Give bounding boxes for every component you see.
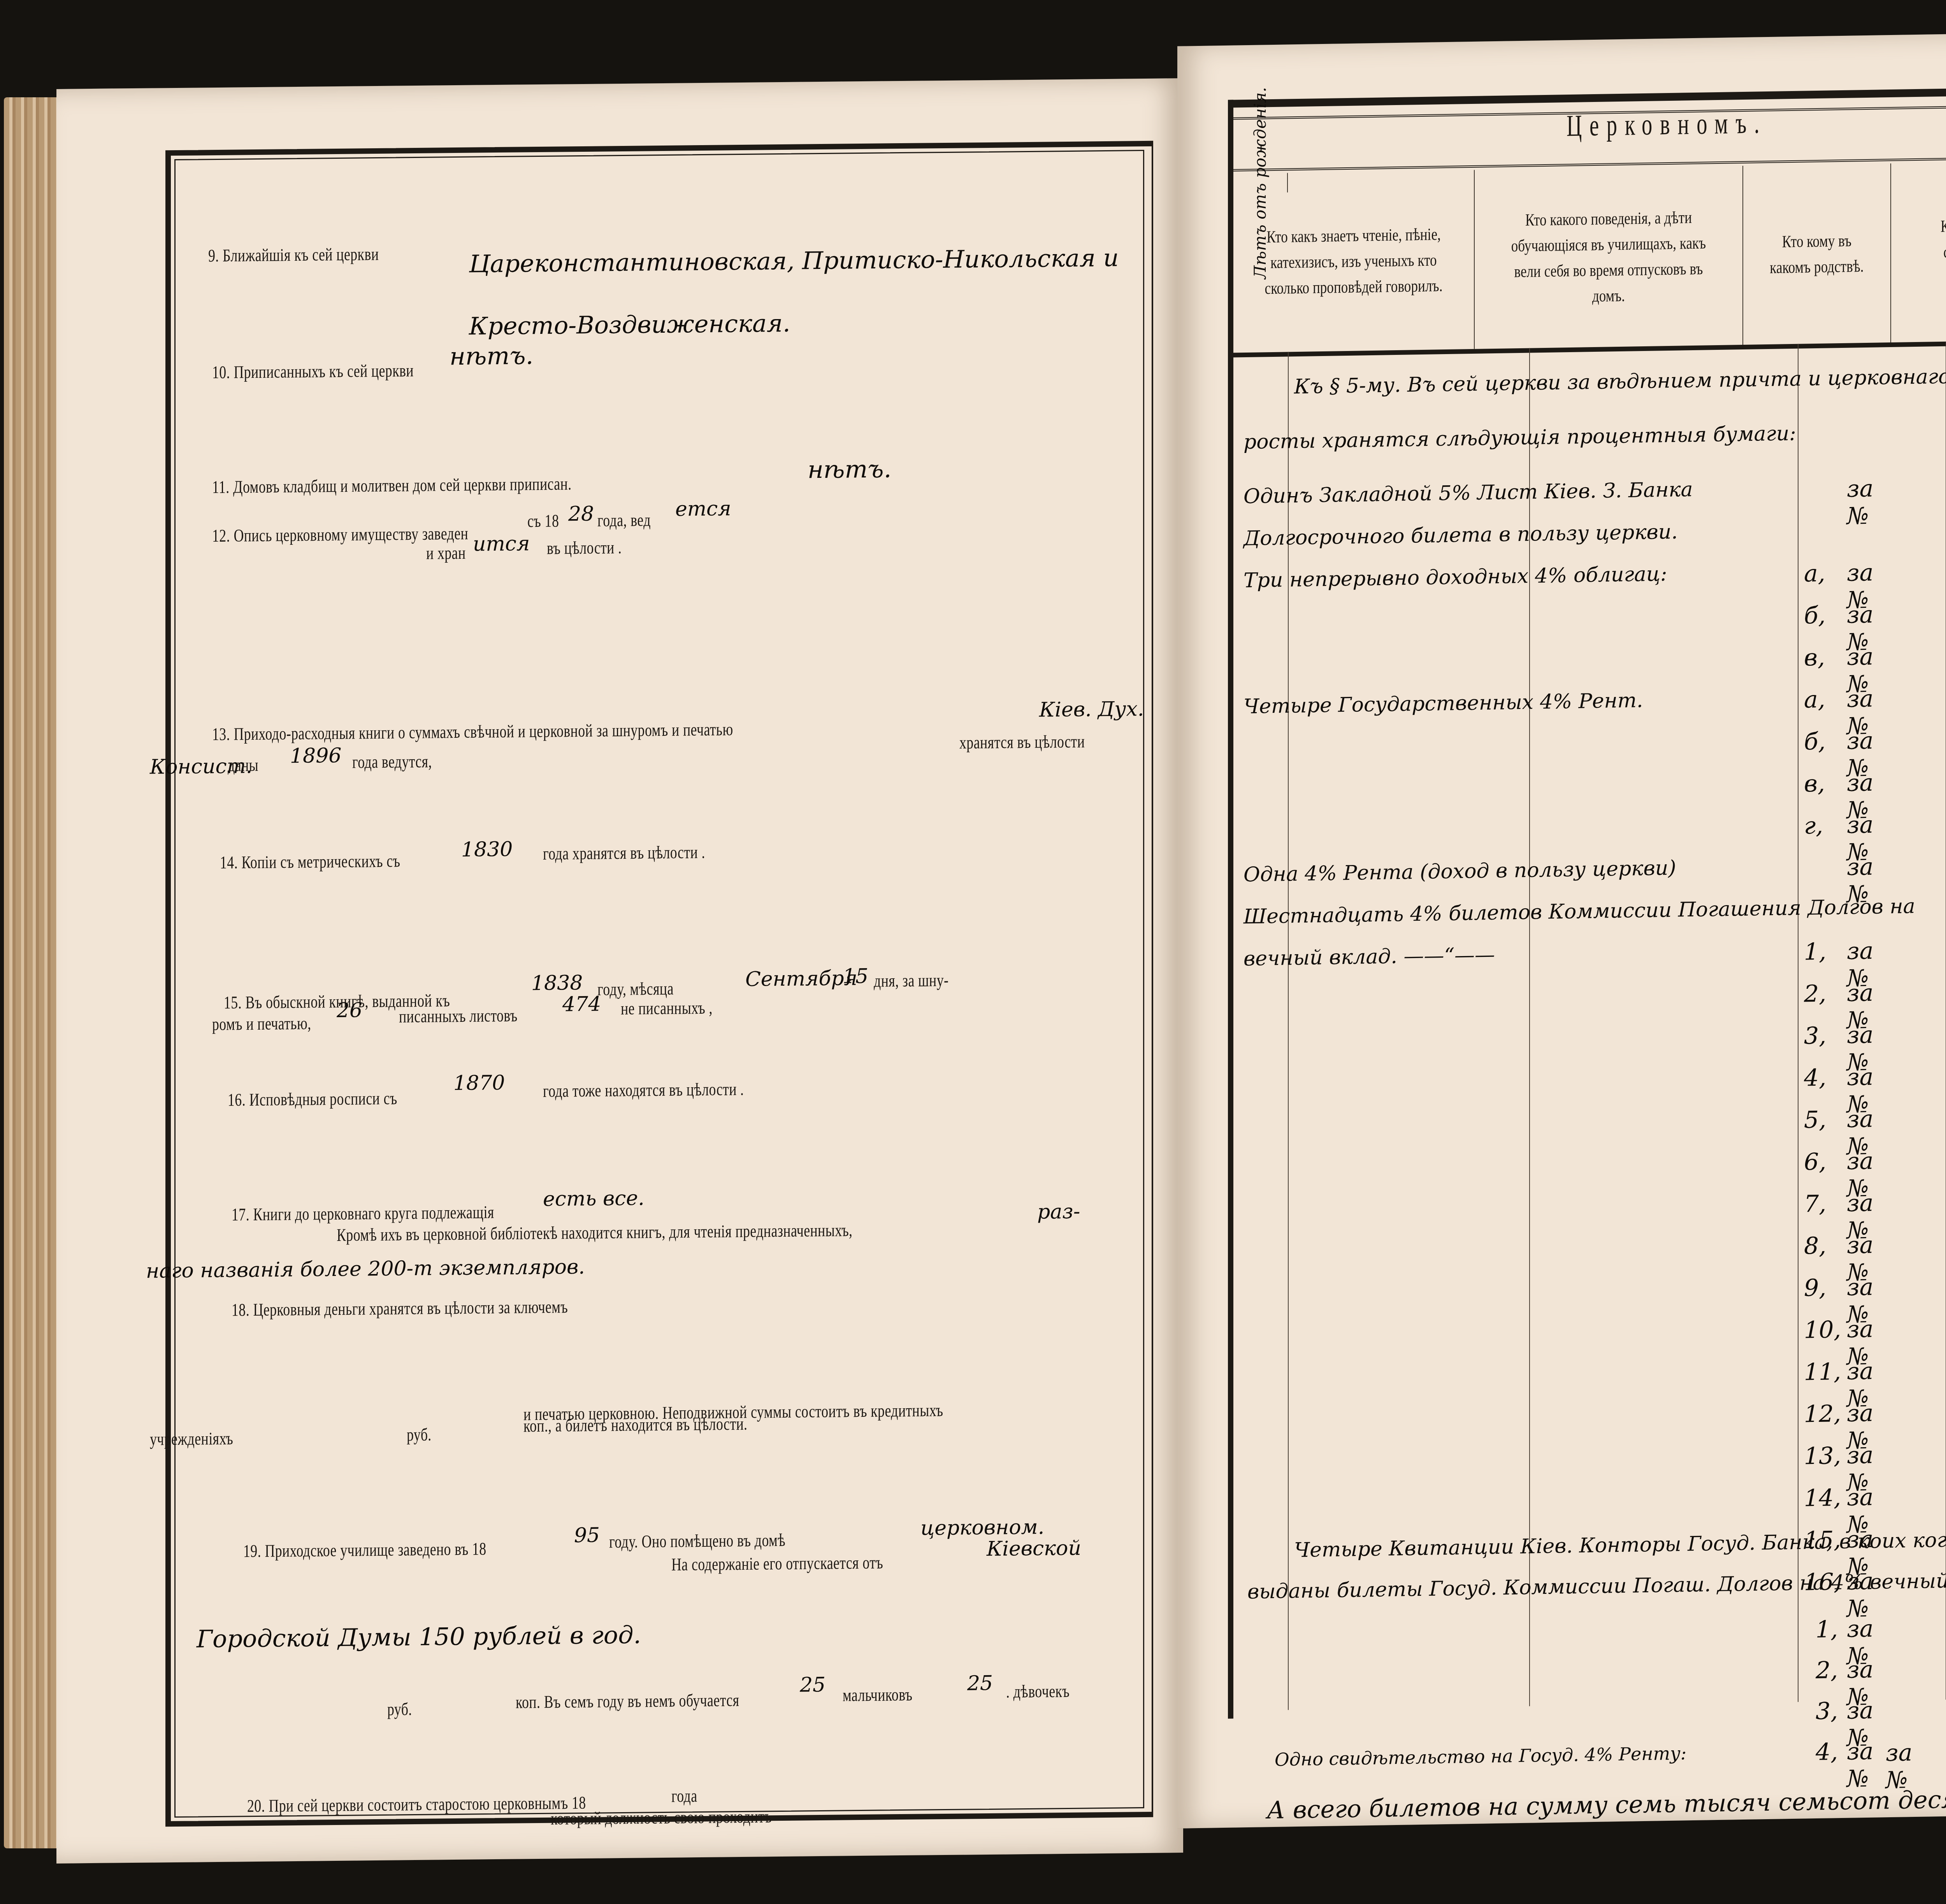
item-12-printed-c: года, вед bbox=[597, 509, 651, 530]
page-title: Церковномъ. bbox=[1567, 105, 1767, 143]
column-divider bbox=[1798, 344, 1798, 1702]
security-index: 5, bbox=[1804, 1106, 1826, 1134]
item-19-printed-f: мальчиковъ bbox=[843, 1684, 913, 1706]
receipt-index: 4, bbox=[1816, 1738, 1838, 1766]
item-15-year: 1838 bbox=[531, 971, 583, 995]
item-10-printed: 10. Приписанныхъ къ сей церкви bbox=[212, 360, 414, 383]
item-15-printed-b: году, мѣсяца bbox=[597, 978, 674, 1000]
item-12-printed-b: съ 18 bbox=[527, 510, 559, 531]
receipt-index: 3, bbox=[1816, 1697, 1838, 1725]
item-18-printed-c: учрежденіяхъ bbox=[150, 1428, 233, 1449]
security-index: б, bbox=[1804, 728, 1826, 756]
item-13-printed-d: хранятся въ цѣлости bbox=[959, 731, 1085, 753]
item-15-printed-d: ромъ и печатью, bbox=[212, 1013, 311, 1034]
item-15-printed-f: не писанныхъ , bbox=[621, 997, 713, 1019]
security-no-label: за № bbox=[1847, 475, 1874, 530]
certificate-desc: Одно свидѣтельство на Госуд. 4% Ренту: bbox=[1275, 1743, 1686, 1770]
header-behavior: Кто какого поведенія, а дѣти обучающіяся… bbox=[1475, 166, 1743, 349]
column-divider bbox=[1529, 348, 1530, 1706]
security-index: 2, bbox=[1804, 980, 1826, 1008]
item-20-printed-c: который должность свою проходитъ bbox=[551, 1806, 772, 1829]
column-divider bbox=[1288, 352, 1289, 1710]
security-index: 10, bbox=[1804, 1316, 1841, 1344]
item-18-printed-a: 18. Церковныя деньги хранятся въ цѣлости… bbox=[232, 1296, 568, 1320]
receipt-no-label: за № bbox=[1847, 1738, 1874, 1793]
item-12-printed-e: въ цѣлости . bbox=[547, 537, 622, 558]
item-13-year: 1896 bbox=[290, 744, 341, 768]
item-18-printed-e: коп., а билетъ находится въ цѣлости. bbox=[523, 1413, 747, 1436]
receipt-index: 1, bbox=[1816, 1616, 1838, 1643]
item-14-printed-b: года хранятся въ цѣлости . bbox=[543, 842, 705, 864]
table-header: Лѣтъ отъ рожденія. Кто какъ знаетъ чтені… bbox=[1233, 158, 1946, 358]
security-index: г, bbox=[1804, 812, 1823, 840]
receipt-index: 2, bbox=[1816, 1657, 1838, 1684]
item-10-handwritten: нѣтъ. bbox=[450, 341, 533, 370]
item-19-printed-b: году. Оно помѣщено въ домѣ bbox=[609, 1530, 785, 1552]
item-17-hw-a: есть все. bbox=[543, 1186, 645, 1211]
security-index: 1, bbox=[1804, 938, 1826, 966]
item-15-written-sheets: 26 bbox=[337, 999, 362, 1022]
item-16-year: 1870 bbox=[453, 1071, 505, 1095]
security-index: б, bbox=[1804, 602, 1826, 630]
security-index: 6, bbox=[1804, 1148, 1826, 1176]
security-index: в, bbox=[1804, 644, 1825, 672]
item-17-hw-b: раз- bbox=[1037, 1200, 1080, 1224]
item-15-day: 15 bbox=[843, 965, 868, 988]
security-index: 4, bbox=[1804, 1064, 1826, 1092]
item-11-handwritten: нѣтъ. bbox=[808, 455, 891, 484]
item-13-hw-a: Кiев. Дух. bbox=[1039, 697, 1144, 722]
security-index: в, bbox=[1804, 770, 1825, 798]
security-index: а, bbox=[1804, 560, 1825, 588]
item-19-printed-e: коп. Въ семъ году въ немъ обучается bbox=[516, 1690, 739, 1713]
page-edges bbox=[4, 97, 56, 1848]
item-19-year: 95 bbox=[574, 1523, 600, 1547]
item-19-printed-c: На содержаніе его отпускается отъ bbox=[671, 1552, 883, 1575]
item-9-handwritten: Царeконстантиновская, Притиско-Никольска… bbox=[469, 226, 1131, 357]
total-line: А всего билетов на сумму семь тысяч семь… bbox=[1267, 1782, 1946, 1824]
item-19-hw-c: Городской Думы 150 рублей в год. bbox=[197, 1620, 641, 1653]
item-19-printed-g: . дѣвочекъ bbox=[1006, 1681, 1070, 1702]
item-11-printed: 11. Домовъ кладбищ и молитвен дом сей це… bbox=[212, 473, 571, 497]
item-20-printed-b: года bbox=[671, 1785, 697, 1806]
item-15-printed-c: дня, за шну- bbox=[874, 970, 948, 991]
item-14-year: 1830 bbox=[461, 838, 513, 862]
item-12-printed-d: и хран bbox=[426, 542, 466, 563]
security-index: 14, bbox=[1804, 1484, 1841, 1512]
item-12-year: 28 bbox=[568, 502, 594, 526]
security-index: 7, bbox=[1804, 1190, 1826, 1218]
security-index: 8, bbox=[1804, 1232, 1826, 1260]
header-age: Лѣтъ отъ рожденія. bbox=[1233, 173, 1288, 193]
security-index: 11, bbox=[1804, 1358, 1841, 1386]
item-17-printed-a: 17. Книги до церковнаго круга подлежащія bbox=[232, 1202, 494, 1225]
item-19-printed-a: 19. Приходское училище заведено въ 18 bbox=[243, 1538, 486, 1561]
right-page: Церковномъ. 127. Лѣтъ отъ рожденія. Кто … bbox=[1177, 28, 1946, 1829]
item-19-hw-b: Кiевской bbox=[987, 1537, 1081, 1561]
header-penalties: Кто когда былъ штрафованъ или не состоял… bbox=[1891, 159, 1946, 342]
item-12-hw-d: ится bbox=[473, 532, 530, 556]
security-index: 12, bbox=[1804, 1400, 1841, 1428]
item-16-printed-b: года тоже находятся въ цѣлости . bbox=[543, 1079, 744, 1101]
header-kinship: Кто кому въ какомъ родствѣ. bbox=[1743, 163, 1891, 345]
item-16-printed-a: 16. Исповѣдныя росписи съ bbox=[228, 1088, 397, 1110]
security-index: 13, bbox=[1804, 1442, 1841, 1470]
item-15-month: Сентября bbox=[745, 967, 857, 991]
item-15-unwritten-sheets: 474 bbox=[562, 992, 601, 1016]
item-19-hw-a: церковном. bbox=[920, 1516, 1044, 1540]
receipts-list: 1,за №638в300р.2,за №649в200р.3,за №699в… bbox=[1177, 28, 1946, 46]
item-9-printed: 9. Ближайшія къ сей церкви bbox=[208, 244, 379, 266]
security-index: 9, bbox=[1804, 1274, 1826, 1302]
securities-list: Одинъ Закладной 5% Лист Кiев. З. Банказа… bbox=[1177, 28, 1946, 46]
item-17-hw-c: наго названія более 200-т экземпляров. bbox=[146, 1255, 585, 1283]
item-15-printed-e: писанныхъ листовъ bbox=[399, 1005, 518, 1027]
item-19-printed-d: руб. bbox=[387, 1699, 412, 1720]
item-18-printed-d: руб. bbox=[407, 1424, 432, 1445]
item-19-boys: 25 bbox=[800, 1673, 825, 1697]
item-13-printed-c: года ведутся, bbox=[352, 751, 432, 772]
security-index: а, bbox=[1804, 686, 1825, 714]
security-index: 3, bbox=[1804, 1022, 1826, 1050]
security-description: вечный вклад. ——“—— bbox=[1243, 943, 1495, 970]
item-19-girls: 25 bbox=[967, 1672, 993, 1695]
item-20-printed-a: 20. При сей церкви состоитъ старостою це… bbox=[247, 1792, 586, 1816]
item-13-printed-b: даны bbox=[228, 755, 258, 776]
item-12-hw-c: ется bbox=[675, 497, 731, 521]
left-page: 9. Ближайшія къ сей церкви Царeконстанти… bbox=[56, 78, 1183, 1864]
item-14-printed-a: 14. Копіи съ метрическихъ съ bbox=[220, 850, 400, 872]
